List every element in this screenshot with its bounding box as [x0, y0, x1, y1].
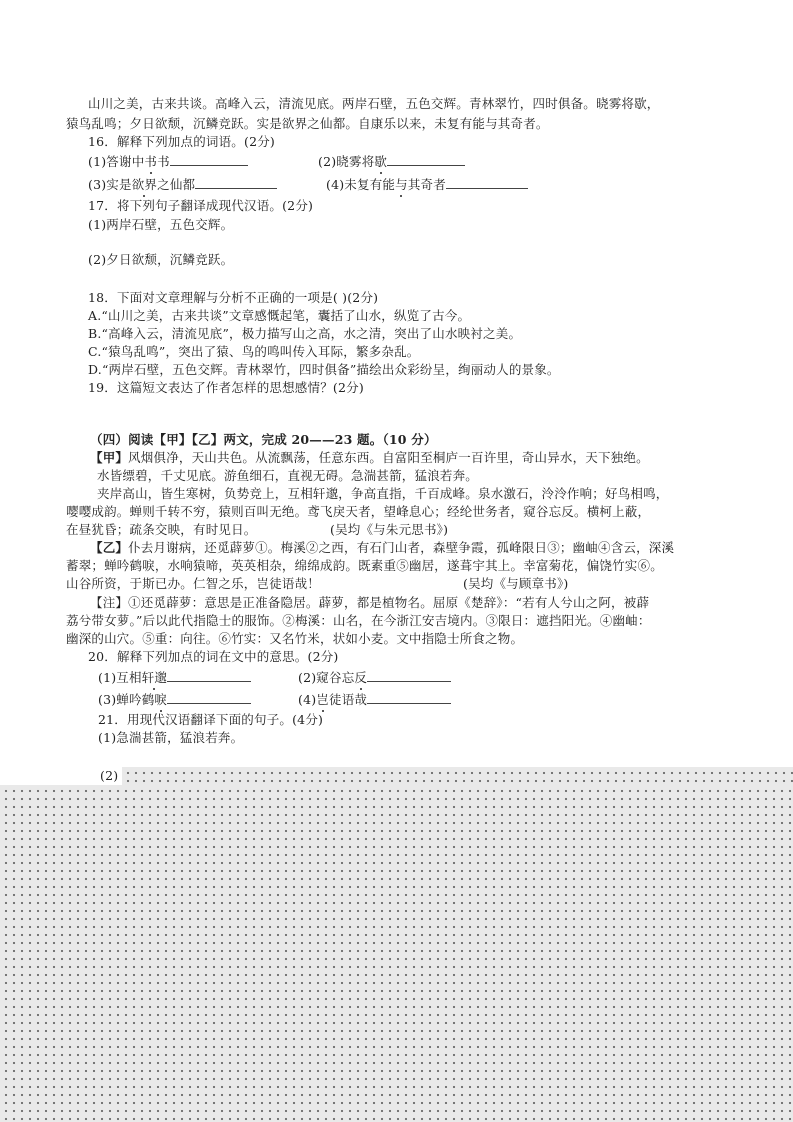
q17-item-1: (1)两岸石壁，五色交辉。 [88, 216, 233, 234]
answer-blank[interactable] [367, 690, 451, 704]
passage-line: 山川之美，古来共谈。高峰入云，清流见底。两岸石壁，五色交辉。青林翠竹，四时俱备。… [88, 95, 660, 113]
question-21-stem: 21．用现代汉语翻译下面的句子。(4分) [98, 711, 323, 729]
q16-item-4: (4)未复有能与其奇者 [326, 175, 528, 194]
jia-line: 在昼犹昏；疏条交映，有时见日。 [66, 521, 257, 539]
dotted-overlay-top [122, 767, 793, 785]
q20-item-1: (1)互相轩邈 [98, 668, 251, 687]
answer-blank[interactable] [167, 690, 251, 704]
question-16-stem: 16．解释下列加点的词语。(2分) [88, 133, 275, 151]
exam-page: 山川之美，古来共谈。高峰入云，清流见底。两岸石壁，五色交辉。青林翠竹，四时俱备。… [0, 0, 793, 1122]
q18-option-b: B.“高峰入云，清流见底”，极力描写山之高，水之清，突出了山水映衬之美。 [88, 325, 521, 343]
question-18-stem: 18．下面对文章理解与分析不正确的一项是( )(2分) [88, 289, 378, 307]
note-line: 荔兮带女萝。”后以此代指隐士的服饰。②梅溪：山名，在今浙江安吉境内。③限日：遮挡… [66, 612, 651, 630]
answer-blank[interactable] [446, 175, 528, 189]
answer-blank[interactable] [387, 152, 465, 166]
question-19-stem: 19．这篇短文表达了作者怎样的思想感情？(2分) [88, 379, 364, 397]
jia-line: 嘤嘤成韵。蝉则千转不穷，猿则百叫无绝。鸢飞戾天者，望峰息心；经纶世务者，窥谷忘反… [66, 503, 650, 521]
passage-line: 猿鸟乱鸣；夕日欲颓，沉鳞竞跃。实是欲界之仙都。自康乐以来，未复有能与其奇者。 [66, 115, 549, 133]
q18-option-c: C.“猿鸟乱鸣”，突出了猿、鸟的鸣叫传入耳际，繁多杂乱。 [88, 343, 419, 361]
yi-line: 山谷所资，于斯已办。仁智之乐，岂徒语哉！ [66, 575, 320, 593]
note-line: 幽深的山穴。⑤重：向往。⑥竹实：又名竹米，状如小麦。文中指隐士所食之物。 [66, 630, 523, 648]
q16-item-1: (1)答谢中书书 [88, 152, 248, 171]
q20-item-3: (3)蝉吟鹤唳 [98, 690, 251, 709]
q16-item-2: (2)晓雾将歇 [318, 152, 465, 171]
yi-line: 蓄翠；蝉吟鹤唳，水响猿啼，英英相杂，绵绵成韵。既素重⑤幽居，遂葺宇其上。幸富菊花… [66, 557, 663, 575]
jia-source: (吴均《与朱元思书》) [330, 521, 448, 539]
yi-line: 【乙】仆去月谢病，还觅薜萝①。梅溪②之西，有石门山者，森壁争霞，孤峰限日③；幽岫… [90, 539, 674, 557]
jia-line: 【甲】风烟俱净，天山共色。从流飘荡，任意东西。自富阳至桐庐一百许里，奇山异水，天… [90, 449, 649, 467]
q16-item-3: (3)实是欲界之仙都 [88, 175, 277, 194]
q18-option-a: A.“山川之美，古来共谈”文章感慨起笔，囊括了山水，纵览了古今。 [88, 307, 470, 325]
q20-item-2: (2)窥谷忘反 [298, 668, 451, 687]
q21-item-2: (2) [100, 767, 118, 785]
question-17-stem: 17．将下列句子翻译成现代汉语。(2分) [88, 197, 313, 215]
jia-line: 夹岸高山，皆生寒树，负势竞上，互相轩邈，争高直指，千百成峰。泉水激石，泠泠作响；… [97, 485, 669, 503]
answer-blank[interactable] [367, 668, 451, 682]
q20-item-4: (4)岂徒语哉 [298, 690, 451, 709]
yi-source: (吴均《与顾章书》) [463, 575, 569, 593]
answer-blank[interactable] [170, 152, 248, 166]
answer-blank[interactable] [167, 668, 251, 682]
answer-blank[interactable] [195, 175, 277, 189]
jia-line: 水皆缥碧，千丈见底。游鱼细石，直视无碍。急湍甚箭，猛浪若奔。 [97, 467, 478, 485]
q18-option-d: D.“两岸石壁，五色交辉。青林翠竹，四时俱备”描绘出众彩纷呈，绚丽动人的景象。 [88, 361, 560, 379]
question-20-stem: 20．解释下列加点的词在文中的意思。(2分) [88, 648, 339, 666]
dotted-overlay [0, 785, 793, 1122]
section-4-heading: （四）阅读【甲】【乙】两文，完成 20——23 题。（10 分） [90, 431, 437, 449]
q17-item-2: (2)夕日欲颓，沉鳞竞跃。 [88, 251, 233, 269]
note-line: 【注】①还觅薜萝：意思是正准备隐居。薜萝，都是植物名。屈原《楚辞》：“若有人兮山… [90, 594, 649, 612]
q21-item-1: (1)急湍甚箭，猛浪若奔。 [98, 729, 243, 747]
